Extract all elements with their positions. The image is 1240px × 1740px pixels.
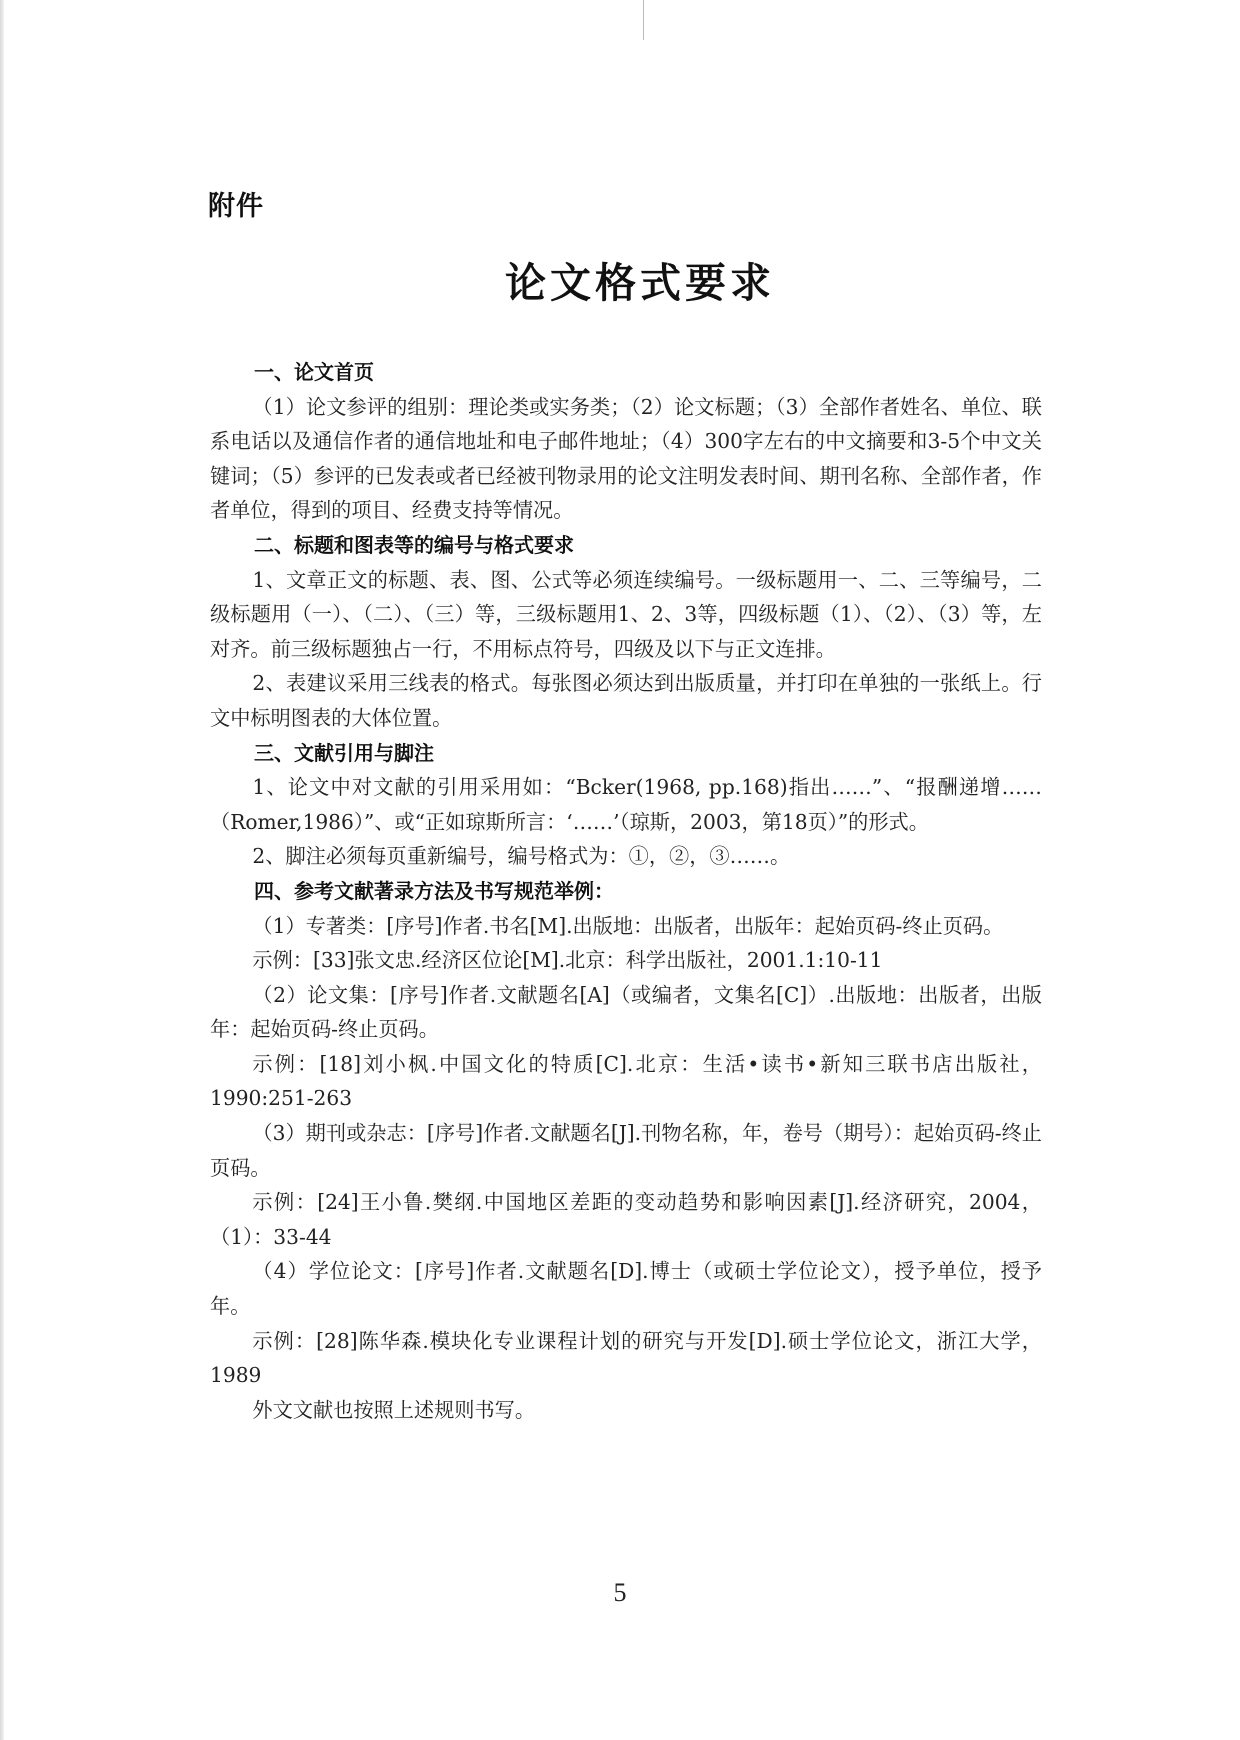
- reference-rule-proceedings: （2）论文集：[序号]作者.文献题名[A]（或编者，文集名[C]）.出版地：出版…: [210, 978, 1042, 1047]
- reference-rule-thesis: （4）学位论文：[序号]作者.文献题名[D].博士（或硕士学位论文），授予单位，…: [210, 1254, 1042, 1323]
- paragraph: 2、表建议采用三线表的格式。每张图必须达到出版质量，并打印在单独的一张纸上。行文…: [210, 666, 1042, 735]
- section-heading-numbering: 二、标题和图表等的编号与格式要求: [210, 528, 1042, 563]
- foreign-reference-note: 外文文献也按照上述规则书写。: [210, 1393, 1042, 1428]
- paragraph: （1）论文参评的组别：理论类或实务类；（2）论文标题；（3）全部作者姓名、单位、…: [210, 390, 1042, 528]
- section-heading-references: 四、参考文献著录方法及书写规范举例：: [210, 874, 1042, 909]
- section-heading-citations: 三、文献引用与脚注: [210, 736, 1042, 771]
- reference-example: 示例：[24]王小鲁.樊纲.中国地区差距的变动趋势和影响因素[J].经济研究，2…: [210, 1185, 1042, 1254]
- reference-rule-journal: （3）期刊或杂志：[序号]作者.文献题名[J].刊物名称，年，卷号（期号）：起始…: [210, 1116, 1042, 1185]
- document-title: 论文格式要求: [0, 250, 1240, 309]
- attachment-label: 附件: [208, 184, 264, 223]
- section-heading-front-page: 一、论文首页: [210, 355, 1042, 390]
- page-number: 5: [0, 1578, 1240, 1608]
- paragraph: 2、脚注必须每页重新编号，编号格式为：①，②，③……。: [210, 839, 1042, 874]
- scan-fold-line: [643, 0, 644, 40]
- paragraph: 1、论文中对文献的引用采用如：“Bcker(1968, pp.168)指出……”…: [210, 770, 1042, 839]
- reference-example: 示例：[28]陈华森.模块化专业课程计划的研究与开发[D].硕士学位论文，浙江大…: [210, 1324, 1042, 1393]
- paragraph: 1、文章正文的标题、表、图、公式等必须连续编号。一级标题用一、二、三等编号，二级…: [210, 563, 1042, 667]
- reference-example: 示例：[18]刘小枫.中国文化的特质[C].北京：生活•读书•新知三联书店出版社…: [210, 1047, 1042, 1116]
- document-body: 一、论文首页 （1）论文参评的组别：理论类或实务类；（2）论文标题；（3）全部作…: [210, 355, 1042, 1427]
- reference-rule-monograph: （1）专著类：[序号]作者.书名[M].出版地：出版者，出版年：起始页码-终止页…: [210, 909, 1042, 944]
- reference-example: 示例：[33]张文忠.经济区位论[M].北京：科学出版社，2001.1:10-1…: [210, 943, 1042, 978]
